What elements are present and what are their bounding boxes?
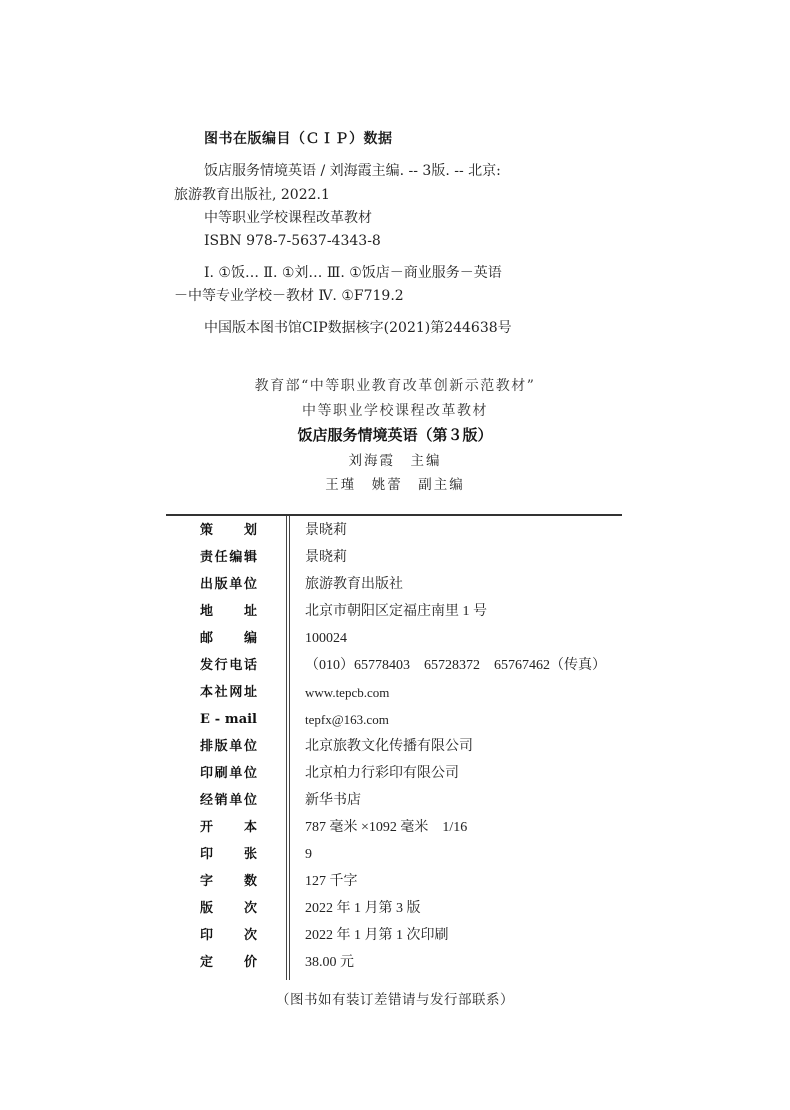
row-label: 排版单位: [200, 733, 257, 760]
row-label: 版 次: [200, 895, 257, 922]
row-label: 本社网址: [200, 679, 257, 706]
row-value: 787 毫米 ×1092 毫米 1/16: [305, 814, 467, 841]
table-row: 开 本 787 毫米 ×1092 毫米 1/16: [166, 814, 622, 841]
row-value-website[interactable]: www.tepcb.com: [305, 679, 389, 706]
row-label: 开 本: [200, 814, 257, 841]
subseries-name: 中等职业学校课程改革教材: [0, 400, 790, 420]
table-row: 字 数 127 千字: [166, 868, 622, 895]
cip-line-series: 中等职业学校课程改革教材: [204, 207, 372, 229]
table-row: 经销单位 新华书店: [166, 787, 622, 814]
row-label: 发行电话: [200, 652, 257, 679]
table-row: E - mail tepfx@163.com: [166, 706, 622, 733]
row-label: 责任编辑: [200, 544, 257, 571]
table-row: 版 次 2022 年 1 月第 3 版: [166, 895, 622, 922]
cip-line-classification-cont: －中等专业学校－教材 Ⅳ. ①F719.2: [174, 285, 404, 307]
table-row: 印 张 9: [166, 841, 622, 868]
row-label: 印刷单位: [200, 760, 257, 787]
series-name: 教育部“中等职业教育改革创新示范教材”: [0, 375, 790, 395]
row-label: 出版单位: [200, 571, 257, 598]
publication-info-table: 策 划 景晓莉 责任编辑 景晓莉 出版单位 旅游教育出版社 地 址 北京市朝阳区…: [166, 514, 622, 516]
row-label: 策 划: [200, 517, 257, 544]
cip-line-isbn: ISBN 978-7-5637-4343-8: [204, 230, 381, 252]
row-label: 定 价: [200, 949, 257, 976]
row-label: 经销单位: [200, 787, 257, 814]
table-row: 排版单位 北京旅教文化传播有限公司: [166, 733, 622, 760]
book-title: 饭店服务情境英语（第３版）: [0, 424, 790, 445]
table-row: 邮 编 100024: [166, 625, 622, 652]
row-value-email[interactable]: tepfx@163.com: [305, 706, 389, 733]
row-value: 旅游教育出版社: [305, 571, 403, 598]
table-row: 印 次 2022 年 1 月第 1 次印刷: [166, 922, 622, 949]
cip-line-classification: Ⅰ. ①饭… Ⅱ. ①刘… Ⅲ. ①饭店－商业服务－英语: [204, 262, 502, 284]
table-column-divider: [286, 516, 290, 980]
cip-line-record-number: 中国版本图书馆CIP数据核字(2021)第244638号: [204, 317, 512, 339]
row-label: 字 数: [200, 868, 257, 895]
table-row: 地 址 北京市朝阳区定福庄南里 1 号: [166, 598, 622, 625]
binding-error-note: （图书如有装订差错请与发行部联系）: [0, 988, 790, 1008]
row-label: E - mail: [200, 706, 257, 733]
row-value: 9: [305, 841, 312, 868]
row-value: 2022 年 1 月第 1 次印刷: [305, 922, 449, 949]
table-row: 发行电话 （010）65778403 65728372 65767462（传真）: [166, 652, 622, 679]
row-label: 印 张: [200, 841, 257, 868]
row-label: 地 址: [200, 598, 257, 625]
chief-editor: 刘海霞 主编: [0, 449, 790, 469]
row-value: 北京柏力行彩印有限公司: [305, 760, 459, 787]
row-value: 景晓莉: [305, 517, 347, 544]
row-value: 2022 年 1 月第 3 版: [305, 895, 421, 922]
table-row: 本社网址 www.tepcb.com: [166, 679, 622, 706]
cip-line-publisher: 旅游教育出版社, 2022.1: [174, 184, 330, 206]
table-row: 责任编辑 景晓莉: [166, 544, 622, 571]
table-row: 策 划 景晓莉: [166, 517, 622, 544]
row-value: 北京旅教文化传播有限公司: [305, 733, 473, 760]
row-value: 38.00 元: [305, 949, 354, 976]
copyright-page: 图书在版编目（ＣＩＰ）数据 饭店服务情境英语 / 刘海霞主编. -- 3版. -…: [0, 0, 790, 1110]
table-row: 定 价 38.00 元: [166, 949, 622, 976]
row-value: 北京市朝阳区定福庄南里 1 号: [305, 598, 487, 625]
table-row: 印刷单位 北京柏力行彩印有限公司: [166, 760, 622, 787]
row-value: 景晓莉: [305, 544, 347, 571]
cip-heading: 图书在版编目（ＣＩＰ）数据: [204, 128, 393, 148]
row-value: 127 千字: [305, 868, 358, 895]
row-value: （010）65778403 65728372 65767462（传真）: [305, 652, 606, 679]
row-value: 新华书店: [305, 787, 361, 814]
row-label: 邮 编: [200, 625, 257, 652]
table-row: 出版单位 旅游教育出版社: [166, 571, 622, 598]
deputy-editors: 王瑾 姚蕾 副主编: [0, 473, 790, 493]
row-label: 印 次: [200, 922, 257, 949]
row-value: 100024: [305, 625, 347, 652]
cip-line-title-author: 饭店服务情境英语 / 刘海霞主编. -- 3版. -- 北京:: [204, 160, 501, 182]
